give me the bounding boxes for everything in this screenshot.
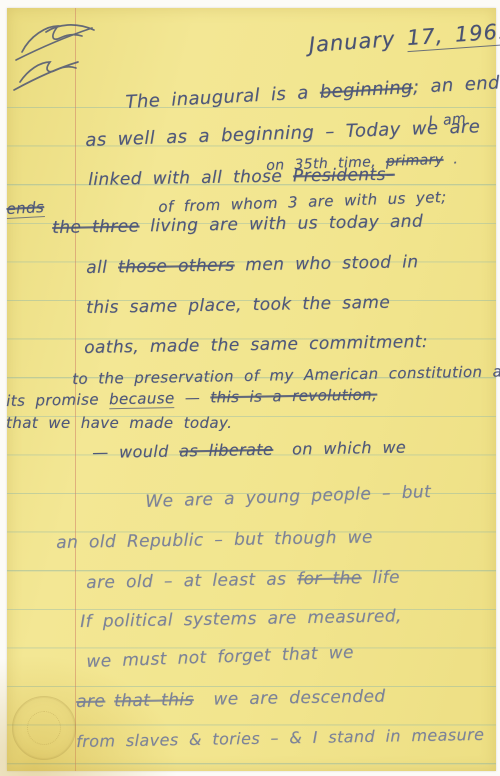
handwriting-line: are that this we are descended (76, 687, 386, 712)
handwriting-line: — would as liberate on which we (92, 438, 406, 462)
struck-text: are (76, 691, 105, 712)
handwriting-line: If political systems are measured, (80, 606, 402, 632)
handwriting-text: oaths, made the same commitment: (84, 332, 428, 358)
struck-text: those others (118, 255, 235, 277)
handwriting-text: I am (428, 111, 467, 130)
handwriting-text: The inaugural is a (125, 82, 320, 113)
struck-text: as liberate (179, 440, 273, 461)
handwriting-line: this same place, took the same (86, 293, 390, 318)
handwriting-line: that we have made today. (6, 414, 232, 432)
struck-text: ends (6, 198, 45, 219)
handwriting-text: We are a young people – but (145, 482, 431, 512)
handwriting-line: from slaves & tories – & I stand in meas… (76, 725, 484, 751)
handwriting-text: linked with all those (88, 166, 293, 190)
handwriting-line: are old – at least as for the life (86, 568, 400, 593)
handwriting-text: from slaves & tories – & I stand in meas… (76, 725, 484, 751)
handwriting-text: life (361, 568, 400, 589)
handwriting-line: the three living are with us today and (52, 212, 423, 238)
struck-text: beginning (319, 77, 413, 103)
handwriting-line: oaths, made the same commitment: (84, 332, 428, 358)
manuscript-scan: January 17, 1961 The inaugural is a begi… (0, 0, 500, 776)
handwriting-text (105, 691, 114, 711)
handwriting-text: its promise (6, 390, 109, 410)
handwriting-line: linked with all those Presidents– (88, 165, 395, 190)
handwriting-text: all (86, 257, 118, 278)
handwriting-text: we are descended (194, 687, 386, 710)
struck-text: that this (114, 690, 194, 711)
struck-text: Presidents– (293, 165, 395, 187)
handwriting-text: . (443, 151, 458, 168)
handwriting-line: we must not forget that we (86, 643, 354, 672)
handwriting-text: — would (92, 441, 179, 462)
handwriting-text: living are with us today and (139, 212, 423, 237)
handwriting-text: to the preservation of my American const… (72, 362, 500, 388)
handwriting-text: we must not forget that we (86, 643, 354, 672)
handwriting-line: its promise because — this is a revoluti… (6, 386, 377, 410)
handwriting-line: The inaugural is a beginning; an end (125, 72, 500, 113)
handwriting-text: men who stood in (234, 252, 418, 275)
handwriting-layer: The inaugural is a beginning; an endas w… (0, 0, 500, 776)
handwriting-text: as well as a beginning – Today we are (85, 116, 480, 151)
handwriting-text: because (109, 389, 175, 409)
handwriting-text: ; an end (412, 72, 500, 98)
handwriting-text: that we have made today. (6, 414, 232, 432)
handwriting-text: are old – at least as (86, 569, 297, 593)
handwriting-text: — (174, 388, 210, 407)
handwriting-line: We are a young people – but (145, 482, 431, 512)
handwriting-line: an old Republic – but though we (56, 527, 373, 553)
handwriting-line: to the preservation of my American const… (72, 362, 500, 388)
handwriting-text: on which we (273, 438, 406, 459)
handwriting-text: If political systems are measured, (80, 606, 402, 632)
struck-text: for the (297, 568, 362, 589)
struck-text: this is a revolution, (210, 386, 377, 407)
handwriting-line: all those others men who stood in (86, 252, 419, 278)
handwriting-line: ends (6, 198, 45, 218)
handwriting-line: as well as a beginning – Today we are (85, 116, 480, 151)
struck-text: the three (52, 216, 140, 238)
handwriting-line: I am (428, 111, 467, 130)
handwriting-text: an old Republic – but though we (56, 527, 373, 553)
handwriting-text: this same place, took the same (86, 293, 390, 318)
